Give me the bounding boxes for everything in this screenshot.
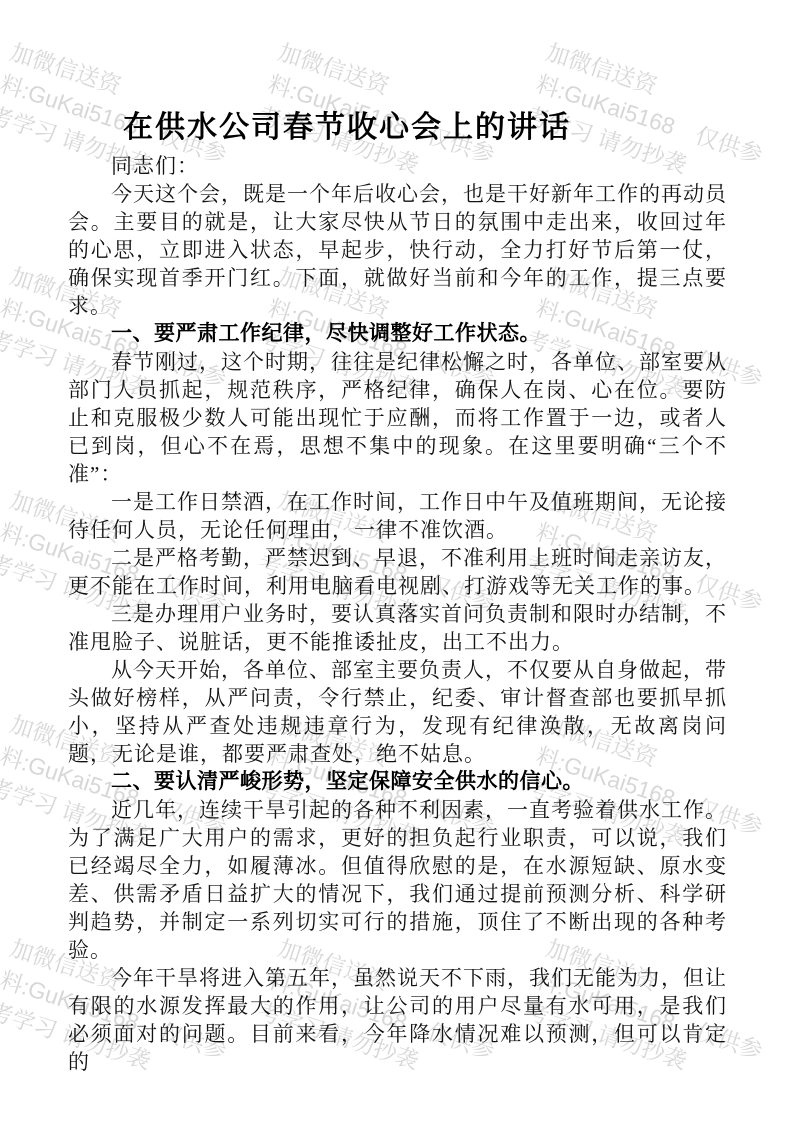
body-paragraph: 今年干旱将进入第五年，虽然说天不下雨，我们无能为力，但让有限的水源发挥最大的作用…: [68, 964, 727, 1076]
body-paragraph: 一是工作日禁酒，在工作时间，工作日中午及值班期间，无论接待任何人员，无论任何理由…: [68, 488, 727, 544]
body-paragraph: 春节刚过，这个时期，往往是纪律松懈之时，各单位、部室要从部门人员抓起，规范秩序，…: [68, 348, 727, 488]
salutation: 同志们：: [68, 152, 727, 180]
section-heading: 一、要严肃工作纪律，尽快调整好工作状态。: [68, 320, 727, 348]
document-page: 加微信送资料:GuKai5168 仅供参考学习 请勿抄袭加微信送资料:GuKai…: [0, 0, 794, 1122]
body-paragraph: 今天这个会，既是一个年后收心会，也是干好新年工作的再动员会。主要目的就是，让大家…: [68, 180, 727, 320]
body-paragraph: 近几年，连续干旱引起的各种不利因素，一直考验着供水工作。为了满足广大用户的需求，…: [68, 796, 727, 964]
body-paragraph: 从今天开始，各单位、部室主要负责人，不仅要从自身做起，带头做好榜样，从严问责，令…: [68, 656, 727, 768]
document-content: 在供水公司春节收心会上的讲话 同志们：今天这个会，既是一个年后收心会，也是干好新…: [0, 0, 794, 1122]
body-paragraph: 三是办理用户业务时，要认真落实首问负责制和限时办结制，不准甩脸子、说脏话，更不能…: [68, 600, 727, 656]
section-heading: 二、要认清严峻形势，坚定保障安全供水的信心。: [68, 768, 727, 796]
body-paragraph: 二是严格考勤，严禁迟到、早退，不准利用上班时间走亲访友，更不能在工作时间，利用电…: [68, 544, 727, 600]
document-title: 在供水公司春节收心会上的讲话: [123, 108, 727, 148]
paragraph-container: 同志们：今天这个会，既是一个年后收心会，也是干好新年工作的再动员会。主要目的就是…: [68, 152, 727, 1076]
